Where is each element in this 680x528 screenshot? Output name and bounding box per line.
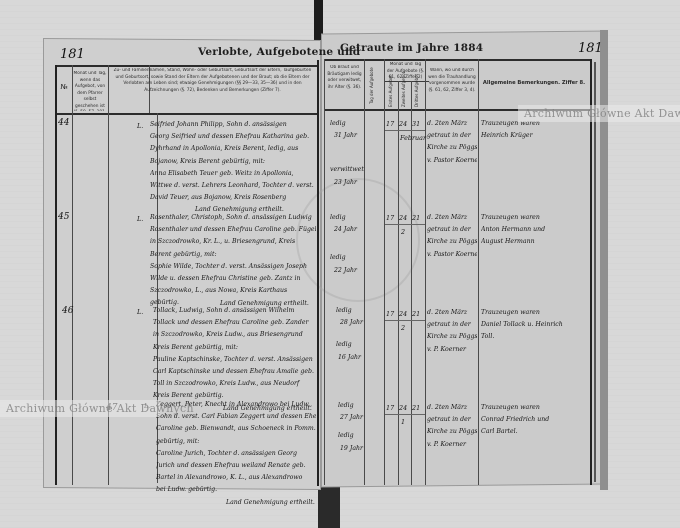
col-header-banns-day: Tag der Aufgebote [369, 65, 374, 107]
col-border [108, 65, 109, 485]
third-banns-date: 21 [412, 308, 420, 320]
col-header-second-banns: Zweites Aufgebot [401, 84, 406, 107]
right-page-number: 181 [578, 41, 603, 56]
col-header-names: Zu- und Familiennamen, Stand, Wohn- oder… [110, 68, 315, 111]
col-header-banns-date: Monat und Tag, wenn das Aufgebot, von de… [73, 71, 107, 111]
first-banns-date: 17 [386, 308, 394, 320]
banns-month: 2 [401, 226, 405, 238]
entry-ceremony: d. 2ten März getraut in der Kirche zu Pö… [427, 212, 477, 261]
col-border [72, 65, 73, 485]
entry-names-text: Zeggert, Peter, Knecht in Alexandrowo be… [156, 399, 316, 509]
col-border [398, 81, 399, 485]
entry-remarks: Trauzeugen waren Anton Hermann und Augus… [481, 212, 589, 249]
banns-month: 1 [401, 416, 405, 428]
entry-remarks: Trauzeugen waren Daniel Tollack u. Heinr… [481, 307, 589, 344]
col-border [590, 59, 592, 485]
banns-underline [385, 224, 425, 225]
banns-underline [385, 320, 425, 321]
third-banns-date: 21 [412, 212, 420, 224]
col-border [478, 59, 479, 485]
entry-ceremony: d. 2ten März getraut in der Kirche zu Pö… [427, 402, 477, 451]
col-header-third-banns: Drittes Aufgebot [414, 84, 419, 107]
entry-mark: L. [137, 306, 143, 318]
third-banns-date: 21 [412, 402, 420, 414]
header-bottom-border-left [55, 113, 317, 115]
col-header-status-age: Ob Braut und Bräutigam ledig oder verwit… [326, 65, 363, 107]
entry-number: 44 [58, 118, 69, 128]
entry-mark: L. [137, 213, 143, 225]
entry-status-age: ledig 31 Jahr verwittwet 23 Jahr [330, 118, 364, 189]
entry-remarks: Trauzeugen waren Conrad Friedrich und Ca… [481, 402, 589, 439]
third-banns-date: 31 [412, 118, 420, 130]
col-border [425, 59, 426, 485]
left-page-number: 181 [60, 47, 85, 62]
second-banns-date: 24 [399, 118, 407, 130]
entry-status-age: ledig 24 Jahr ledig 22 Jahr [330, 212, 364, 277]
entry-number: 46 [62, 306, 73, 316]
entry-mark: L. [137, 120, 143, 132]
col-border [364, 59, 365, 485]
first-banns-date: 17 [386, 402, 394, 414]
entry-status-age: ledig 27 Jahr ledig 19 Jahr [338, 400, 364, 455]
second-banns-date: 24 [399, 212, 407, 224]
entry-names-text: Seifried Johann Philipp, Sohn d. ansässi… [150, 119, 316, 217]
col-border [317, 60, 319, 486]
col-header-number: № [57, 84, 71, 91]
col-border [384, 59, 385, 485]
right-page-inner-border [594, 62, 596, 482]
right-page-edge [600, 30, 608, 490]
table-top-border-left [55, 65, 317, 67]
left-page-title: Verlobte, Aufgebotene und [198, 46, 360, 58]
entry-names-text: Rosenthaler, Christoph, Sohn d. ansässig… [150, 212, 316, 310]
entry-ceremony: d. 2ten März getraut in der Kirche zu Pö… [427, 118, 477, 167]
entry-ceremony: d. 2ten März getraut in der Kirche zu Pö… [427, 307, 477, 356]
second-banns-date: 24 [399, 308, 407, 320]
first-banns-date: 17 [386, 118, 394, 130]
banns-underline [385, 414, 425, 415]
second-banns-date: 24 [399, 402, 407, 414]
col-border [55, 65, 57, 485]
col-border [324, 59, 325, 485]
banns-month: 2 [401, 322, 405, 334]
book-spine-bottom [318, 485, 340, 528]
col-header-ceremony: Wann, wo und durch wen die Trauhandlung … [427, 68, 477, 106]
col-header-first-banns: Erstes Aufgebot [388, 84, 393, 107]
entry-status-age: ledig 28 Jahr ledig 16 Jahr [336, 305, 364, 364]
archive-watermark-top: Archiwum Główne Akt Dawnych [518, 105, 680, 122]
right-page-title: Getraute im Jahre 1884 [340, 42, 483, 54]
first-banns-date: 17 [386, 212, 394, 224]
archive-watermark-bottom: Archiwum Główne Akt Dawnych [0, 400, 160, 417]
banns-underline [385, 130, 425, 131]
banns-month: Februar [400, 132, 426, 144]
col-header-remarks: Allgemeine Bemerkungen. Ziffer 8. [481, 80, 587, 94]
entry-number: 45 [58, 212, 69, 222]
